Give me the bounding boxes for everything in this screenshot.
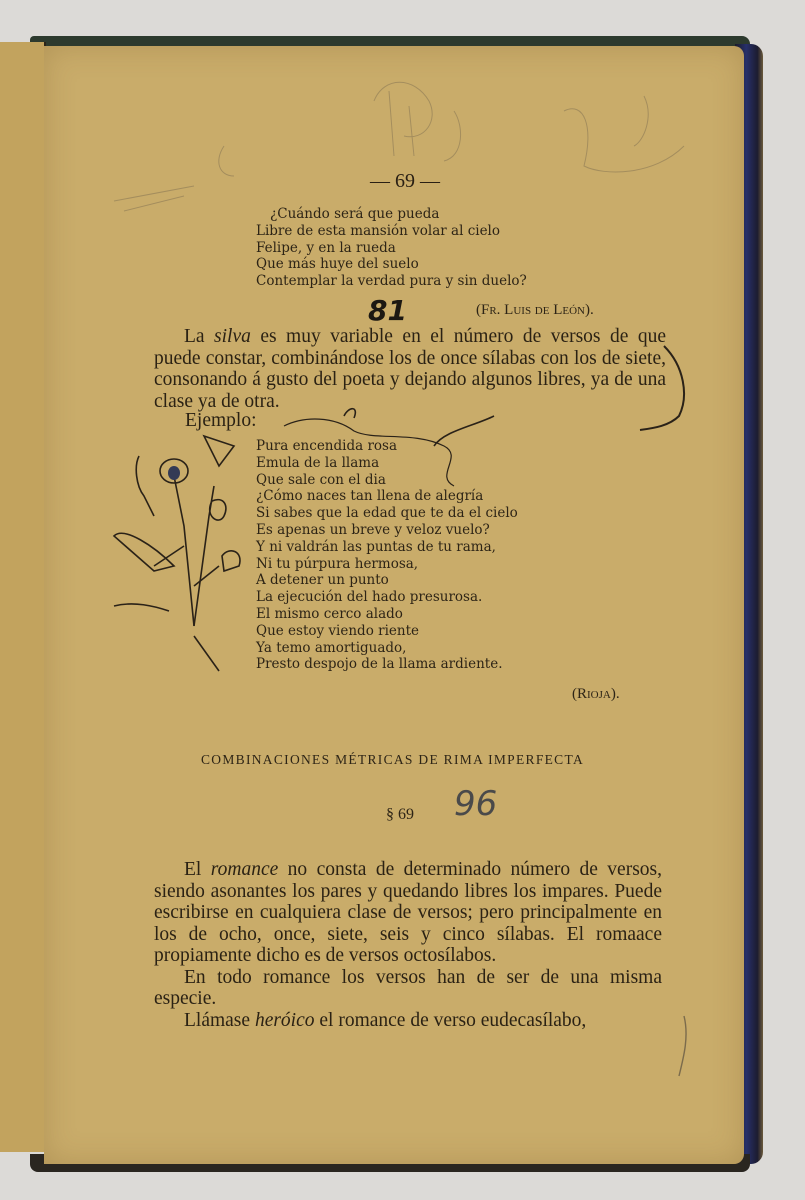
term-heroico: heróico — [255, 1010, 315, 1031]
text: La — [184, 326, 214, 347]
attribution-luis-de-leon: (Fr. Luis de León). — [476, 302, 594, 319]
left-page-edge — [0, 42, 46, 1152]
book: — 69 — ¿Cuándo será que pueda Libre de e… — [0, 36, 765, 1176]
page-number: — 69 — — [370, 170, 440, 193]
section-title: COMBINACIONES MÉTRICAS DE RIMA IMPERFECT… — [201, 752, 584, 768]
poem-line: ¿Cuándo será que pueda — [256, 206, 527, 223]
paragraph-romance: El romance no consta de determinado núme… — [154, 859, 662, 967]
poem-line: Que sale con el dia — [256, 472, 518, 489]
text: el romance de verso eudecasílabo, — [315, 1010, 587, 1031]
section-number: § 69 — [386, 806, 414, 824]
poem-line: Y ni valdrán las puntas de tu rama, — [256, 539, 518, 556]
poem-line: Que estoy viendo riente — [256, 623, 518, 640]
poem-luis-de-leon: ¿Cuándo será que pueda Libre de esta man… — [256, 206, 527, 290]
poem-line: Que más huye del suelo — [256, 256, 527, 273]
poem-line: El mismo cerco alado — [256, 606, 518, 623]
poem-line: Emula de la llama — [256, 455, 518, 472]
poem-rioja: Pura encendida rosa Emula de la llama Qu… — [256, 438, 518, 673]
poem-line: Pura encendida rosa — [256, 438, 518, 455]
pencil-mark-icon — [679, 1016, 686, 1076]
poem-line: Ya temo amortiguado, — [256, 640, 518, 657]
text: Llámase — [184, 1010, 255, 1031]
poem-line: ¿Cómo naces tan llena de alegría — [256, 488, 518, 505]
paragraph-todo-romance: En todo romance los versos han de ser de… — [154, 967, 662, 1010]
section-body: El romance no consta de determinado núme… — [154, 859, 662, 1031]
poem-line: Es apenas un breve y veloz vuelo? — [256, 522, 518, 539]
poem-line: Contemplar la verdad pura y sin duelo? — [256, 273, 527, 290]
paragraph-heroico: Llámase heróico el romance de verso eude… — [154, 1010, 662, 1032]
attribution-rioja: (Rioja). — [572, 686, 620, 703]
poem-line: La ejecución del hado presurosa. — [256, 589, 518, 606]
text: El — [184, 859, 211, 880]
poem-line: Felipe, y en la rueda — [256, 240, 527, 257]
term-romance: romance — [211, 859, 279, 880]
handwritten-note-81: 81 — [368, 294, 407, 327]
example-label: Ejemplo: — [185, 410, 257, 432]
book-page: — 69 — ¿Cuándo será que pueda Libre de e… — [44, 46, 744, 1164]
poem-line: A detener un punto — [256, 572, 518, 589]
poem-line: Presto despojo de la llama ardiente. — [256, 656, 518, 673]
term-silva: silva — [214, 326, 251, 347]
poem-line: Ni tu púrpura hermosa, — [256, 556, 518, 573]
poem-line: Si sabes que la edad que te da el cielo — [256, 505, 518, 522]
poem-line: Libre de esta mansión volar al cielo — [256, 223, 527, 240]
paragraph-silva: La silva es muy variable en el número de… — [154, 326, 666, 412]
handwritten-note-96: 96 — [454, 784, 497, 824]
